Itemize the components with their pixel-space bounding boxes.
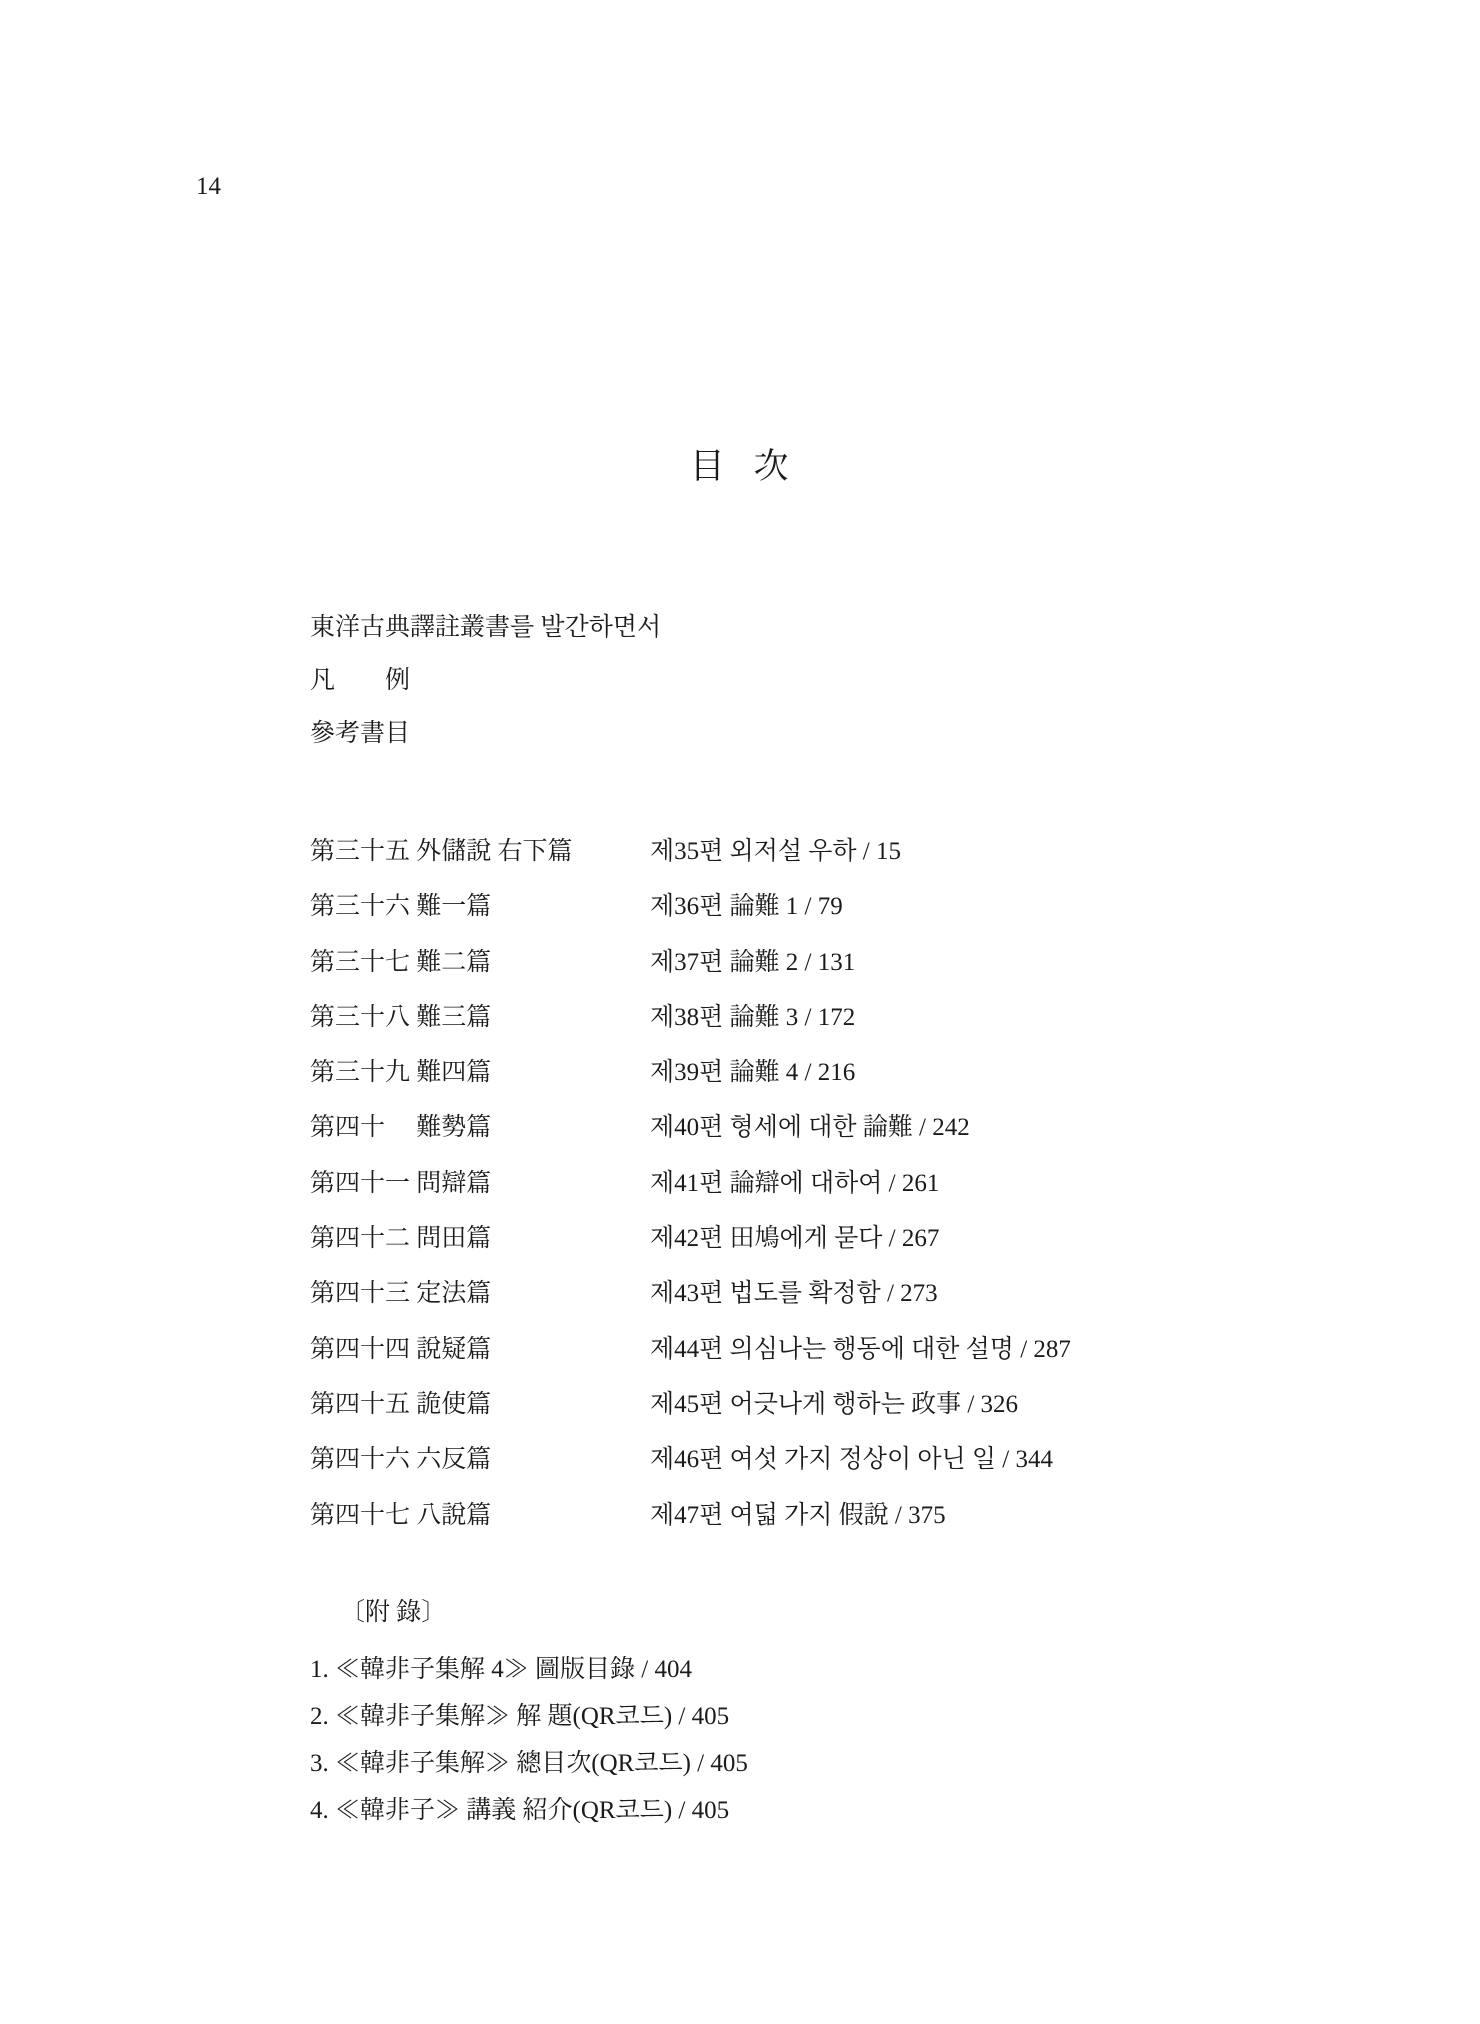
toc-entry-hanja: 第四十三 定法篇 — [310, 1278, 650, 1309]
toc-entry-hanja: 第三十五 外儲說 右下篇 — [310, 836, 650, 867]
toc-entry-hanja: 第四十二 問田篇 — [310, 1223, 650, 1254]
toc-row: 第四十三 定法篇 제43편 법도를 확정함 / 273 — [310, 1278, 1360, 1333]
toc-row: 第四十二 問田篇 제42편 田鳩에게 묻다 / 267 — [310, 1223, 1360, 1278]
appendix-item: 3. ≪韓非子集解≫ 總目次(QR코드) / 405 — [310, 1749, 748, 1796]
toc-entry-hanja: 第三十六 難一篇 — [310, 891, 650, 922]
toc-row: 第四十六 六反篇 제46편 여섯 가지 정상이 아닌 일 / 344 — [310, 1444, 1360, 1499]
toc-entry-hanja: 第三十九 難四篇 — [310, 1057, 650, 1088]
front-matter-list: 東洋古典譯註叢書를 발간하면서 凡 例 參考書目 — [310, 612, 661, 771]
toc-entry-hanja: 第四十 難勢篇 — [310, 1112, 650, 1143]
toc-entry-hanja: 第四十四 說疑篇 — [310, 1334, 650, 1365]
toc-row: 第四十一 問辯篇 제41편 論辯에 대하여 / 261 — [310, 1168, 1360, 1223]
front-matter-item-foreword: 東洋古典譯註叢書를 발간하면서 — [310, 612, 661, 644]
toc-entry-hanja: 第四十五 詭使篇 — [310, 1389, 650, 1420]
toc-entry-korean: 제40편 형세에 대한 論難 / 242 — [650, 1112, 1360, 1143]
toc-entry-korean: 제43편 법도를 확정함 / 273 — [650, 1278, 1360, 1309]
toc-row: 第四十四 說疑篇 제44편 의심나는 행동에 대한 설명 / 287 — [310, 1334, 1360, 1389]
toc-row: 第三十六 難一篇 제36편 論難 1 / 79 — [310, 891, 1360, 946]
toc-row: 第三十七 難二篇 제37편 論難 2 / 131 — [310, 947, 1360, 1002]
toc-entry-hanja: 第三十八 難三篇 — [310, 1002, 650, 1033]
toc-entry-korean: 제42편 田鳩에게 묻다 / 267 — [650, 1223, 1360, 1254]
toc-entry-korean: 제36편 論難 1 / 79 — [650, 891, 1360, 922]
front-matter-item-bibliography: 參考書目 — [310, 718, 661, 750]
toc-entry-hanja: 第三十七 難二篇 — [310, 947, 650, 978]
toc-entry-korean: 제41편 論辯에 대하여 / 261 — [650, 1168, 1360, 1199]
appendix-section: 〔附 錄〕 1. ≪韓非子集解 4≫ 圖版目錄 / 404 2. ≪韓非子集解≫… — [310, 1598, 748, 1843]
toc-entry-hanja: 第四十七 八說篇 — [310, 1500, 650, 1531]
toc-entry-hanja: 第四十一 問辯篇 — [310, 1168, 650, 1199]
appendix-heading: 〔附 錄〕 — [340, 1598, 748, 1628]
toc-entry-korean: 제45편 어긋나게 행하는 政事 / 326 — [650, 1389, 1360, 1420]
appendix-item: 2. ≪韓非子集解≫ 解 題(QR코드) / 405 — [310, 1702, 748, 1749]
toc-entry-hanja: 第四十六 六反篇 — [310, 1444, 650, 1475]
appendix-item: 4. ≪韓非子≫ 講義 紹介(QR코드) / 405 — [310, 1796, 748, 1843]
appendix-item: 1. ≪韓非子集解 4≫ 圖版目錄 / 404 — [310, 1655, 748, 1702]
toc-entry-korean: 제37편 論難 2 / 131 — [650, 947, 1360, 978]
toc-entry-korean: 제35편 외저설 우하 / 15 — [650, 836, 1360, 867]
toc-list: 第三十五 外儲說 右下篇 제35편 외저설 우하 / 15 第三十六 難一篇 제… — [310, 836, 1360, 1555]
front-matter-item-conventions: 凡 例 — [310, 665, 661, 697]
toc-entry-korean: 제44편 의심나는 행동에 대한 설명 / 287 — [650, 1334, 1360, 1365]
toc-row: 第四十五 詭使篇 제45편 어긋나게 행하는 政事 / 326 — [310, 1389, 1360, 1444]
toc-row: 第四十 難勢篇 제40편 형세에 대한 論難 / 242 — [310, 1112, 1360, 1167]
toc-row: 第三十八 難三篇 제38편 論難 3 / 172 — [310, 1002, 1360, 1057]
toc-entry-korean: 제38편 論難 3 / 172 — [650, 1002, 1360, 1033]
toc-row: 第四十七 八說篇 제47편 여덟 가지 假說 / 375 — [310, 1500, 1360, 1555]
toc-entry-korean: 제39편 論難 4 / 216 — [650, 1057, 1360, 1088]
page-number: 14 — [196, 172, 221, 202]
toc-entry-korean: 제46편 여섯 가지 정상이 아닌 일 / 344 — [650, 1444, 1360, 1475]
toc-entry-korean: 제47편 여덟 가지 假說 / 375 — [650, 1500, 1360, 1531]
toc-row: 第三十五 外儲說 右下篇 제35편 외저설 우하 / 15 — [310, 836, 1360, 891]
toc-row: 第三十九 難四篇 제39편 論難 4 / 216 — [310, 1057, 1360, 1112]
page-title: 目 次 — [0, 446, 1480, 488]
toc-page: 14 目 次 東洋古典譯註叢書를 발간하면서 凡 例 參考書目 第三十五 外儲說… — [0, 0, 1480, 2024]
